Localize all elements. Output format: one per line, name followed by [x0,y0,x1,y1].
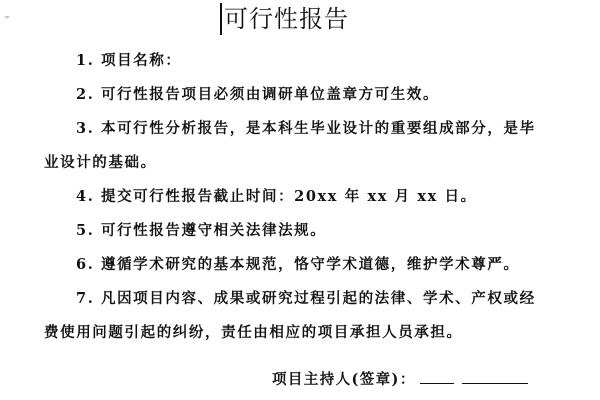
item-1-line-1: 1. 项目名称： [44,44,544,78]
title-area[interactable]: 可行性报告 [220,2,349,36]
item-2-line-1: 2. 可行性报告项目必须由调研单位盖章方可生效。 [44,78,544,112]
document-title[interactable]: 可行性报告 [224,3,349,35]
text-cursor [220,3,222,35]
item-4-line-1: 4. 提交可行性报告截止时间：20xx 年 xx 月 xx 日。 [44,180,544,214]
item-2: 2. 可行性报告项目必须由调研单位盖章方可生效。 [44,78,544,112]
page-corner-marker-icon [4,16,10,19]
item-3: 3. 本可行性分析报告，是本科生毕业设计的重要组成部分，是毕 业设计的基础。 [44,112,544,180]
item-7: 7. 凡因项目内容、成果或研究过程引起的法律、学术、产权或经 费使用问题引起的纠… [44,282,544,350]
item-1: 1. 项目名称： [44,44,544,78]
item-7-line-1: 7. 凡因项目内容、成果或研究过程引起的法律、学术、产权或经 [44,282,544,316]
item-7-line-2: 费使用问题引起的纠纷，责任由相应的项目承担人员承担。 [44,316,544,350]
item-3-line-2: 业设计的基础。 [44,146,544,180]
item-5-line-1: 5. 可行性报告遵守相关法律法规。 [44,214,544,248]
signature-label: 项目主持人(签章)： [272,368,416,389]
item-6-line-1: 6. 遵循学术研究的基本规范，恪守学术道德，维护学术尊严。 [44,248,544,282]
signature-blank-1[interactable] [420,369,454,384]
signature-line: 项目主持人(签章)： [272,368,528,389]
item-4: 4. 提交可行性报告截止时间：20xx 年 xx 月 xx 日。 [44,180,544,214]
item-6: 6. 遵循学术研究的基本规范，恪守学术道德，维护学术尊严。 [44,248,544,282]
item-5: 5. 可行性报告遵守相关法律法规。 [44,214,544,248]
document-body[interactable]: 1. 项目名称： 2. 可行性报告项目必须由调研单位盖章方可生效。 3. 本可行… [44,44,544,350]
item-3-line-1: 3. 本可行性分析报告，是本科生毕业设计的重要组成部分，是毕 [44,112,544,146]
signature-blank-2[interactable] [462,369,528,384]
document-page: 可行性报告 1. 项目名称： 2. 可行性报告项目必须由调研单位盖章方可生效。 … [0,0,600,400]
